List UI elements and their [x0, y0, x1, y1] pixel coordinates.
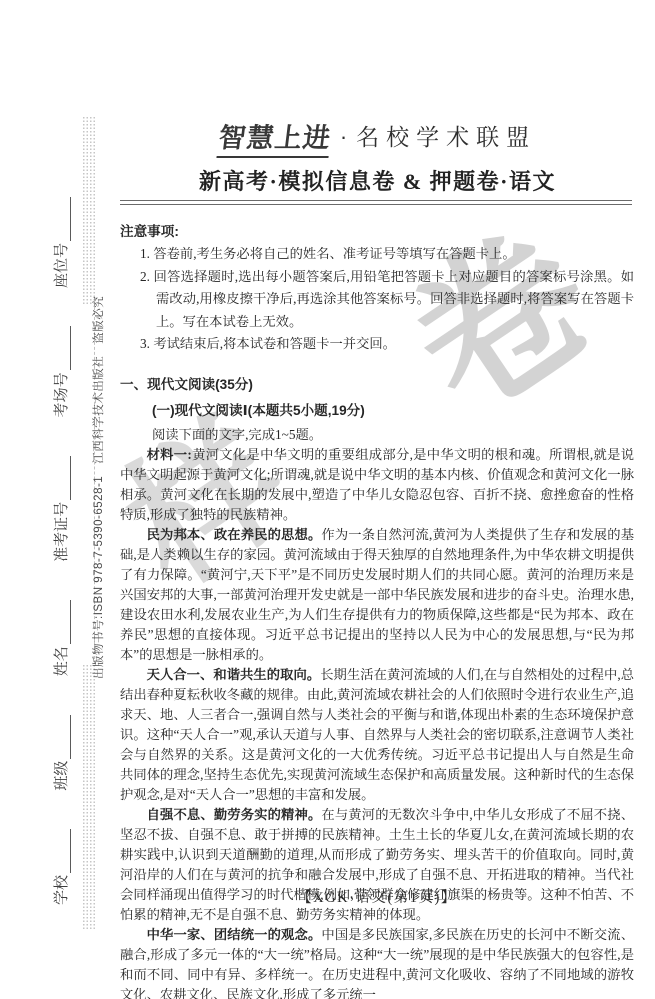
field-exam-room: 考场号 [50, 326, 71, 417]
field-seat-number: 座位号 [50, 197, 71, 288]
page-edge-texture-bottom [82, 664, 95, 930]
page-edge-texture-top [82, 116, 95, 304]
notice-item-2-number: 2. [140, 269, 150, 284]
field-class-label: 班级 [50, 761, 71, 791]
field-admission-number: 准考证号 [50, 456, 71, 562]
brand-row: 智慧上进·名校学术联盟 [120, 116, 635, 158]
header-divider [120, 200, 632, 205]
material-1-paragraph-1: 材料一:黄河文化是中华文明的重要组成部分,是中华文明的根和魂。所谓根,就是说中华… [120, 445, 634, 525]
field-class-blank [54, 715, 71, 759]
notice-item-1-number: 1. [140, 246, 150, 261]
notice-item-3-number: 3. [140, 336, 150, 351]
material-1-label: 材料一: [147, 447, 192, 462]
material-1-paragraph-1-text: 黄河文化是中华文明的重要组成部分,是中华文明的根和魂。所谓根,就是说中华文明起源… [120, 447, 634, 522]
material-1-paragraph-5: 中华一家、团结统一的观念。中国是多民族国家,多民族在历史的长河中不断交流、融合,… [120, 925, 634, 999]
paper-body: 注意事项: 1. 答卷前,考生务必将自己的姓名、准考证号等填写在答题卡上。 2.… [120, 212, 634, 999]
notice-item-1: 1. 答卷前,考生务必将自己的姓名、准考证号等填写在答题卡上。 [140, 243, 634, 266]
field-name-label: 姓名 [50, 646, 71, 676]
field-school: 学校 [50, 829, 71, 905]
field-school-label: 学校 [50, 875, 71, 905]
notice-item-2-text: 回答选择题时,选出每小题答案后,用铅笔把答题卡上对应题目的答案标号涂黑。如需改动… [154, 269, 634, 329]
paper-header: 智慧上进·名校学术联盟 新高考·模拟信息卷 & 押题卷·语文 [120, 116, 635, 196]
reading-instruction: 阅读下面的文字,完成1~5题。 [152, 424, 634, 445]
material-1-paragraph-3: 天人合一、和谐共生的取向。长期生活在黄河流域的人们,在与自然相处的过程中,总结出… [120, 665, 634, 805]
field-school-blank [54, 829, 71, 873]
field-exam-room-label: 考场号 [50, 372, 71, 417]
brand-logo: 智慧上进 [216, 116, 333, 158]
paragraph-5-lead: 中华一家、团结统一的观念。 [147, 927, 322, 942]
paragraph-2-lead: 民为邦本、政在养民的思想。 [147, 527, 322, 542]
section-modern-reading-heading: 一、现代文阅读(35分) [120, 374, 634, 395]
field-exam-room-blank [54, 326, 71, 370]
field-seat-number-blank [54, 197, 71, 241]
field-admission-number-label: 准考证号 [50, 502, 71, 562]
paragraph-3-text: 长期生活在黄河流域的人们,在与自然相处的过程中,总结出春种夏耘秋收冬藏的规律。由… [120, 667, 634, 802]
field-class: 班级 [50, 715, 71, 791]
notice-item-3-text: 考试结束后,将本试卷和答题卡一并交回。 [153, 336, 396, 351]
brand-separator-dot: · [340, 124, 347, 149]
notice-item-3: 3. 考试结束后,将本试卷和答题卡一并交回。 [140, 333, 634, 356]
paragraph-2-text: 作为一条自然河流,黄河为人类提供了生存和发展的基础,是人类赖以生存的家园。黄河流… [120, 527, 634, 662]
subsection-reading-1-heading: (一)现代文阅读Ⅰ(本题共5小题,19分) [152, 400, 634, 421]
field-seat-number-label: 座位号 [50, 243, 71, 288]
publisher-isbn-line: 出版物书号:ISBN 978-7-5390-6528-1 江西科学技术出版社 盗… [90, 311, 106, 679]
exam-paper-page: 样 卷 学校 班级 姓名 准考证号 考场号 座位号 出版物书号:ISBN 978… [0, 0, 655, 999]
field-name-blank [54, 600, 71, 644]
notice-title: 注意事项: [120, 221, 634, 243]
notice-item-1-text: 答卷前,考生务必将自己的姓名、准考证号等填写在答题卡上。 [153, 246, 515, 261]
field-name: 姓名 [50, 600, 71, 676]
material-1-paragraph-2: 民为邦本、政在养民的思想。作为一条自然河流,黄河为人类提供了生存和发展的基础,是… [120, 525, 634, 665]
sidebar-student-info-fields: 学校 班级 姓名 准考证号 考场号 座位号 [45, 197, 71, 905]
paper-title: 新高考·模拟信息卷 & 押题卷·语文 [120, 165, 635, 196]
paragraph-3-lead: 天人合一、和谐共生的取向。 [147, 667, 321, 682]
paragraph-4-lead: 自强不息、勤劳务实的精神。 [147, 807, 322, 822]
field-admission-number-blank [54, 456, 71, 500]
notice-item-2: 2. 回答选择题时,选出每小题答案后,用铅笔把答题卡上对应题目的答案标号涂黑。如… [140, 266, 634, 334]
brand-alliance-name: 名校学术联盟 [356, 125, 536, 150]
page-footer-label: 【XGK·语文(第1页)】 [120, 886, 634, 907]
